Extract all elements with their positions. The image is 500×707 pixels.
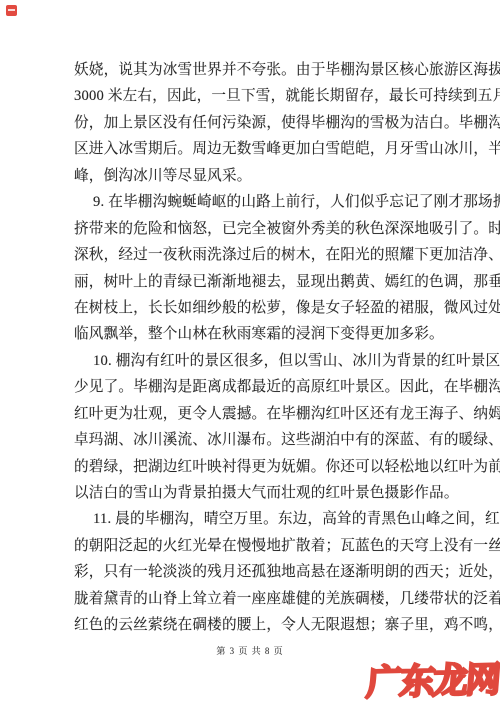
text-line: 3000 米左右，因此，一旦下雪，就能长期留存，最长可持续到五月 bbox=[74, 83, 428, 109]
document-page: 妖娆，说其为冰雪世界并不夸张。由于毕棚沟景区核心旅游区海拔在3000 米左右，因… bbox=[0, 0, 500, 707]
watermark-text: 广东龙网 bbox=[365, 652, 500, 705]
text-line: 深秋，经过一夜秋雨洗涤过后的树木，在阳光的照耀下更加洁净、亮 bbox=[74, 242, 428, 268]
text-line: 9. 在毕棚沟蜿蜒崎岖的山路上前行，人们似乎忘记了刚才那场拥 bbox=[74, 189, 428, 215]
text-line: 以洁白的雪山为背景拍摄大气而壮观的红叶景色摄影作品。 bbox=[74, 480, 428, 506]
text-line: 红叶更为壮观，更令人震撼。在毕棚沟红叶区还有龙王海子、纳姆湖、 bbox=[74, 401, 428, 427]
text-line: 份，加上景区没有任何污染源，使得毕棚沟的雪极为洁白。毕棚沟景 bbox=[74, 110, 428, 136]
text-line: 10. 棚沟有红叶的景区很多，但以雪山、冰川为背景的红叶景区就 bbox=[74, 348, 428, 374]
text-line: 的碧绿，把湖边红叶映衬得更为妩媚。你还可以轻松地以红叶为前景， bbox=[74, 454, 428, 480]
text-line: 区进入冰雪期后。周边无数雪峰更加白雪皑皑，月牙雪山冰川，半脊 bbox=[74, 136, 428, 162]
text-line: 妖娆，说其为冰雪世界并不夸张。由于毕棚沟景区核心旅游区海拔在 bbox=[74, 57, 428, 83]
text-line: 少见了。毕棚沟是距离成都最近的高原红叶景区。因此，在毕棚沟看 bbox=[74, 374, 428, 400]
text-line: 丽，树叶上的青绿已渐渐地褪去，显现出鹅黄、嫣红的色调，那垂挂 bbox=[74, 269, 428, 295]
text-line: 的朝阳泛起的火红光晕在慢慢地扩散着；瓦蓝色的天穹上没有一丝云 bbox=[74, 533, 428, 559]
text-line: 彩，只有一轮淡淡的残月还孤独地高悬在逐渐明朗的西天；近处，朦 bbox=[74, 559, 428, 585]
text-line: 11. 晨的毕棚沟，晴空万里。东边，高耸的青黑色山峰之间，红色 bbox=[74, 506, 428, 532]
document-body: 妖娆，说其为冰雪世界并不夸张。由于毕棚沟景区核心旅游区海拔在3000 米左右，因… bbox=[74, 57, 428, 639]
text-line: 胧着黛青的山脊上耸立着一座座雄健的羌族碉楼，几缕带状的泛着橘 bbox=[74, 586, 428, 612]
text-line: 红色的云丝萦绕在碉楼的腰上，令人无限遐想；寨子里，鸡不鸣，狗 bbox=[74, 612, 428, 638]
text-line: 临风飘举，整个山林在秋雨寒霜的浸润下变得更加多彩。 bbox=[74, 321, 428, 347]
text-line: 峰，倒沟冰川等尽显风采。 bbox=[74, 163, 428, 189]
red-seal-icon bbox=[6, 5, 17, 16]
text-line: 卓玛湖、冰川溪流、冰川瀑布。这些湖泊中有的深蓝、有的暖绿、有 bbox=[74, 427, 428, 453]
text-line: 在树枝上，长长如细纱般的松萝，像是女子轻盈的裙服，微风过处， bbox=[74, 295, 428, 321]
text-line: 挤带来的危险和恼怒，已完全被窗外秀美的秋色深深地吸引了。时值 bbox=[74, 216, 428, 242]
